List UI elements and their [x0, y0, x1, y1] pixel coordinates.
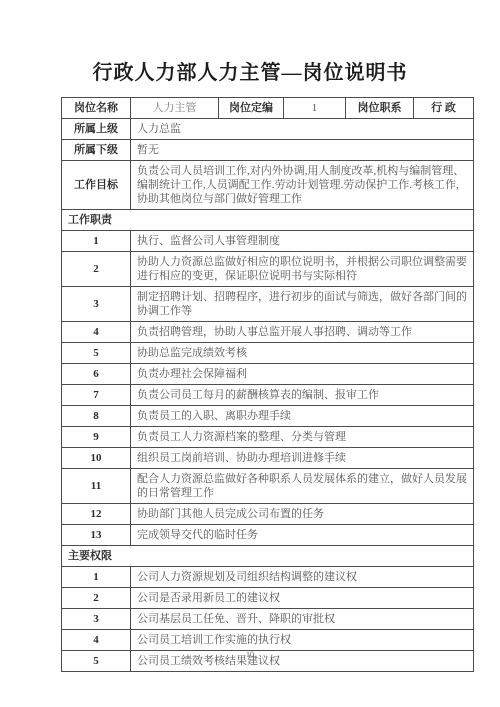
table-row-responsibility: 7 负责公司员工每月的薪酬核算表的编制、报审工作: [62, 385, 474, 406]
table-row-position-header: 岗位名称 人力主管 岗位定编 1 岗位职系 行 政: [62, 98, 474, 119]
work-goal-label: 工作目标: [62, 161, 131, 210]
responsibility-text: 组织员工岗前培训、协助办理培训进修手续: [131, 448, 474, 469]
superior-label: 所属上级: [62, 119, 131, 140]
table-row-responsibility: 3 制定招聘计划、招聘程序，进行初步的面试与筛选，做好各部门间的协调工作等: [62, 287, 474, 322]
responsibility-text: 负责办理社会保障福利: [131, 364, 474, 385]
authority-text: 公司员工培训工作实施的执行权: [131, 630, 474, 651]
table-row-authority: 4 公司员工培训工作实施的执行权: [62, 630, 474, 651]
position-series-value: 行 政: [414, 98, 474, 119]
responsibility-number: 3: [62, 287, 131, 322]
responsibility-number: 1: [62, 231, 131, 252]
authority-number: 3: [62, 609, 131, 630]
work-goal-value: 负责公司人员培训工作,对内外协调,用人制度改革,机构与编制管理、编制统计工作,人…: [131, 161, 474, 210]
position-name-label: 岗位名称: [62, 98, 131, 119]
table-row-responsibility: 2 协助人力资源总监做好相应的职位说明书，并根据公司职位调整需要进行相应的变更，…: [62, 252, 474, 287]
position-name-value: 人力主管: [131, 98, 219, 119]
responsibility-text: 制定招聘计划、招聘程序，进行初步的面试与筛选，做好各部门间的协调工作等: [131, 287, 474, 322]
table-row-authority: 3 公司基层员工任免、晋升、降职的审批权: [62, 609, 474, 630]
table-row-responsibilities-header: 工作职责: [62, 210, 474, 231]
responsibility-text: 配合人力资源总监做好各种职系人员发展体系的建立，做好人员发展的日常管理工作: [131, 469, 474, 504]
responsibility-text: 协助部门其他人员完成公司布置的任务: [131, 504, 474, 525]
responsibility-text: 完成领导交代的临时任务: [131, 525, 474, 546]
table-row-authority: 1 公司人力资源规划及司组织结构调整的建议权: [62, 567, 474, 588]
responsibility-number: 7: [62, 385, 131, 406]
authority-number: 4: [62, 630, 131, 651]
page-title: 行政人力部人力主管—岗位说明书: [0, 56, 500, 85]
responsibility-text: 负责招聘管理，协助人事总监开展人事招聘、调动等工作: [131, 322, 474, 343]
subordinate-label: 所属下级: [62, 140, 131, 161]
table-row-responsibility: 11 配合人力资源总监做好各种职系人员发展体系的建立，做好人员发展的日常管理工作: [62, 469, 474, 504]
job-description-table: 岗位名称 人力主管 岗位定编 1 岗位职系 行 政 所属上级 人力总监 所属下级…: [61, 97, 474, 672]
table-row-responsibility: 5 协助总监完成绩效考核: [62, 343, 474, 364]
authority-text: 公司人力资源规划及司组织结构调整的建议权: [131, 567, 474, 588]
table-row-authority: 2 公司是否录用新员工的建议权: [62, 588, 474, 609]
responsibility-number: 6: [62, 364, 131, 385]
responsibility-text: 负责员工的入职、离职办理手续: [131, 406, 474, 427]
table-row-superior: 所属上级 人力总监: [62, 119, 474, 140]
table-row-responsibility: 13 完成领导交代的临时任务: [62, 525, 474, 546]
table-row-authority-header: 主要权限: [62, 546, 474, 567]
table-row-responsibility: 1 执行、监督公司人事管理制度: [62, 231, 474, 252]
responsibility-number: 8: [62, 406, 131, 427]
responsibility-text: 负责员工人力资源档案的整理、分类与管理: [131, 427, 474, 448]
subordinate-value: 暂无: [131, 140, 474, 161]
position-quota-value: 1: [284, 98, 346, 119]
authority-text: 公司是否录用新员工的建议权: [131, 588, 474, 609]
authority-number: 1: [62, 567, 131, 588]
responsibility-number: 10: [62, 448, 131, 469]
table-row-work-goal: 工作目标 负责公司人员培训工作,对内外协调,用人制度改革,机构与编制管理、编制统…: [62, 161, 474, 210]
responsibility-number: 2: [62, 252, 131, 287]
table-row-subordinate: 所属下级 暂无: [62, 140, 474, 161]
document-page: 行政人力部人力主管—岗位说明书 岗位名称 人力主管 岗位定编 1 岗位职系 行 …: [0, 0, 500, 707]
table-row-responsibility: 6 负责办理社会保障福利: [62, 364, 474, 385]
table-row-responsibility: 9 负责员工人力资源档案的整理、分类与管理: [62, 427, 474, 448]
responsibility-text: 执行、监督公司人事管理制度: [131, 231, 474, 252]
responsibilities-section-label: 工作职责: [62, 210, 474, 231]
position-quota-label: 岗位定编: [219, 98, 284, 119]
responsibility-text: 协助人力资源总监做好相应的职位说明书，并根据公司职位调整需要进行相应的变更，保证…: [131, 252, 474, 287]
table-row-responsibility: 10 组织员工岗前培训、协助办理培训进修手续: [62, 448, 474, 469]
responsibility-number: 4: [62, 322, 131, 343]
position-series-label: 岗位职系: [346, 98, 414, 119]
responsibility-number: 12: [62, 504, 131, 525]
responsibility-text: 负责公司员工每月的薪酬核算表的编制、报审工作: [131, 385, 474, 406]
table-row-responsibility: 12 协助部门其他人员完成公司布置的任务: [62, 504, 474, 525]
authority-section-label: 主要权限: [62, 546, 474, 567]
authority-text: 公司基层员工任免、晋升、降职的审批权: [131, 609, 474, 630]
responsibility-number: 9: [62, 427, 131, 448]
page-number: 10: [0, 650, 500, 659]
responsibility-number: 11: [62, 469, 131, 504]
responsibility-text: 协助总监完成绩效考核: [131, 343, 474, 364]
superior-value: 人力总监: [131, 119, 474, 140]
authority-number: 2: [62, 588, 131, 609]
responsibility-number: 5: [62, 343, 131, 364]
table-row-responsibility: 8 负责员工的入职、离职办理手续: [62, 406, 474, 427]
responsibility-number: 13: [62, 525, 131, 546]
table-row-responsibility: 4 负责招聘管理，协助人事总监开展人事招聘、调动等工作: [62, 322, 474, 343]
